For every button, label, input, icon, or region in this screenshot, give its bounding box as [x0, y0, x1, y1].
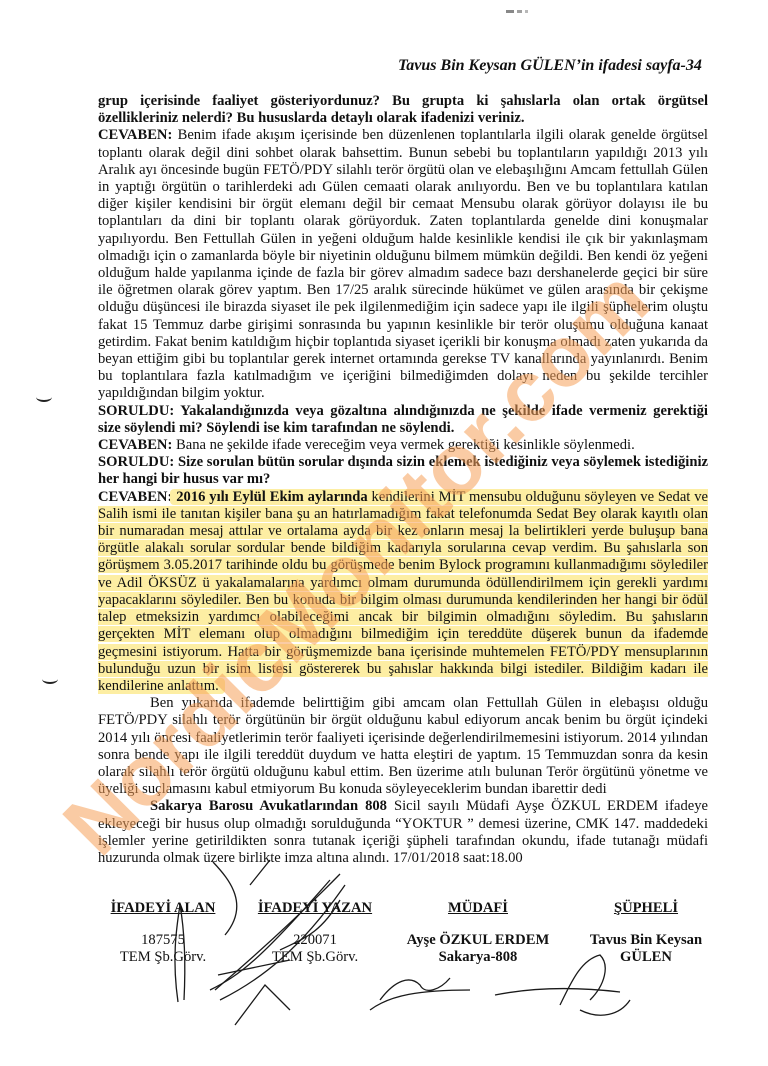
question-2: SORULDU: Yakalandığınızda veya gözaltına…: [98, 403, 708, 437]
question-continuation-line-1: grup içerisinde faaliyet gösteriyordunuz…: [98, 93, 708, 110]
scan-artifact: [506, 10, 532, 13]
signature-title: MÜDAFİ: [398, 900, 558, 917]
page-header: Tavus Bin Keysan GÜLEN’in ifadesi sayfa-…: [398, 57, 702, 75]
answer-text: Bana ne şekilde ifade vereceğim veya ver…: [172, 437, 634, 453]
signature-name: Ayşe ÖZKUL ERDEM: [398, 932, 558, 949]
margin-mark: [36, 392, 52, 402]
lawyer-paragraph: Sakarya Barosu Avukatlarından 808 Sicil …: [98, 798, 708, 867]
signature-bar-no: Sakarya-808: [398, 949, 558, 966]
signature-name-2: GÜLEN: [584, 949, 708, 966]
question-continuation-line-2: özellikleriniz nelerdi? Bu hususlarda de…: [98, 110, 708, 127]
answer-2: CEVABEN: Bana ne şekilde ifade vereceğim…: [98, 437, 708, 454]
signature-lawyer: MÜDAFİ Ayşe ÖZKUL ERDEM Sakarya-808: [398, 900, 558, 966]
signature-block: İFADEYİ ALAN 187575 TEM Şb.Görv. İFADEYİ…: [98, 900, 718, 1060]
signature-title: İFADEYİ YAZAN: [250, 900, 380, 917]
highlight-bold-text: 2016 yılı Eylül Ekim aylarında: [176, 489, 367, 505]
signature-role: TEM Şb.Görv.: [98, 949, 228, 966]
signature-id: 220071: [250, 932, 380, 949]
margin-mark: [42, 674, 58, 684]
lawyer-bar-label: Sakarya Barosu Avukatlarından 808: [150, 798, 387, 814]
signature-taker: İFADEYİ ALAN 187575 TEM Şb.Görv.: [98, 900, 228, 966]
signature-title: ŞÜPHELİ: [584, 900, 708, 917]
signature-id: 187575: [98, 932, 228, 949]
signature-title: İFADEYİ ALAN: [98, 900, 228, 917]
highlight-text: kendilerini MİT mensubu olduğunu söyleye…: [98, 489, 708, 694]
closing-statement: Ben yukarıda ifademde belirttiğim gibi a…: [98, 695, 708, 798]
answer-label: CEVABEN:: [98, 127, 172, 143]
signature-suspect: ŞÜPHELİ Tavus Bin Keysan GÜLEN: [584, 900, 708, 966]
answer-label: CEVABEN:: [98, 437, 172, 453]
question-3: SORULDU: Size sorulan bütün sorular dışı…: [98, 454, 708, 488]
answer-label: CEVABEN:: [98, 489, 172, 505]
answer-3: CEVABEN: 2016 yılı Eylül Ekim aylarında …: [98, 489, 708, 695]
signature-role: TEM Şb.Görv.: [250, 949, 380, 966]
answer-text: Benim ifade akışım içerisinde ben düzenl…: [98, 127, 708, 401]
signature-name: Tavus Bin Keysan: [584, 932, 708, 949]
signature-writer: İFADEYİ YAZAN 220071 TEM Şb.Görv.: [250, 900, 380, 966]
answer-1: CEVABEN: Benim ifade akışım içerisinde b…: [98, 127, 708, 402]
statement-body: grup içerisinde faaliyet gösteriyordunuz…: [98, 93, 708, 867]
highlighted-passage: 2016 yılı Eylül Ekim aylarında kendileri…: [98, 489, 708, 694]
document-page: Tavus Bin Keysan GÜLEN’in ifadesi sayfa-…: [0, 0, 768, 1066]
